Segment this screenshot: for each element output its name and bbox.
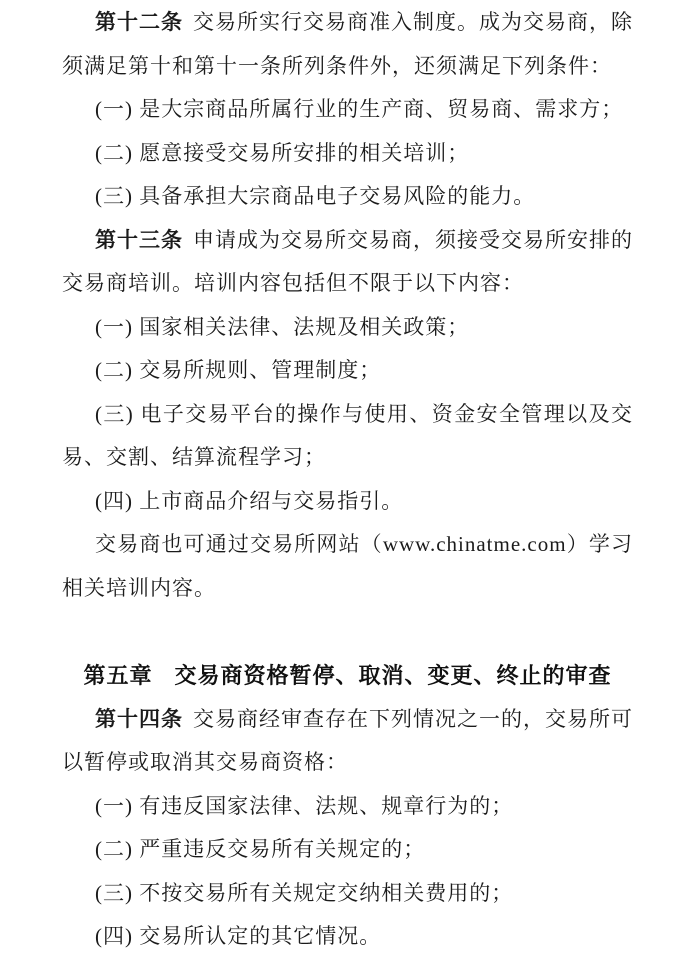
- article-number-label: 第十四条: [95, 707, 183, 731]
- chapter-heading: 第五章交易商资格暂停、取消、变更、终止的审查: [62, 654, 633, 698]
- document-body: 第十二条交易所实行交易商准入制度。成为交易商，除须满足第十和第十一条所列条件外，…: [62, 1, 633, 959]
- document-page: 第十二条交易所实行交易商准入制度。成为交易商，除须满足第十和第十一条所列条件外，…: [0, 0, 695, 964]
- body-paragraph: 交易商也可通过交易所网站（www.chinatme.com）学习相关培训内容。: [62, 523, 633, 610]
- article-paragraph: 第十二条交易所实行交易商准入制度。成为交易商，除须满足第十和第十一条所列条件外，…: [62, 1, 633, 88]
- clause-list-item: (三) 电子交易平台的操作与使用、资金安全管理以及交易、交割、结算流程学习；: [62, 393, 633, 480]
- clause-list-item: (四) 上市商品介绍与交易指引。: [62, 480, 633, 524]
- clause-list-item: (四) 交易所认定的其它情况。: [62, 915, 633, 959]
- chapter-title: 交易商资格暂停、取消、变更、终止的审查: [175, 663, 612, 688]
- article-paragraph: 第十四条交易商经审查存在下列情况之一的，交易所可以暂停或取消其交易商资格：: [62, 698, 633, 785]
- article-paragraph: 第十三条申请成为交易所交易商，须接受交易所安排的交易商培训。培训内容包括但不限于…: [62, 219, 633, 306]
- clause-list-item: (一) 国家相关法律、法规及相关政策；: [62, 306, 633, 350]
- article-number-label: 第十二条: [95, 10, 183, 34]
- clause-list-item: (一) 是大宗商品所属行业的生产商、贸易商、需求方；: [62, 88, 633, 132]
- chapter-number: 第五章: [83, 663, 152, 688]
- clause-list-item: (二) 交易所规则、管理制度；: [62, 349, 633, 393]
- clause-list-item: (二) 愿意接受交易所安排的相关培训；: [62, 132, 633, 176]
- clause-list-item: (一) 有违反国家法律、法规、规章行为的；: [62, 785, 633, 829]
- clause-list-item: (三) 具备承担大宗商品电子交易风险的能力。: [62, 175, 633, 219]
- clause-list-item: (三) 不按交易所有关规定交纳相关费用的；: [62, 872, 633, 916]
- clause-list-item: (二) 严重违反交易所有关规定的；: [62, 828, 633, 872]
- article-number-label: 第十三条: [95, 228, 183, 252]
